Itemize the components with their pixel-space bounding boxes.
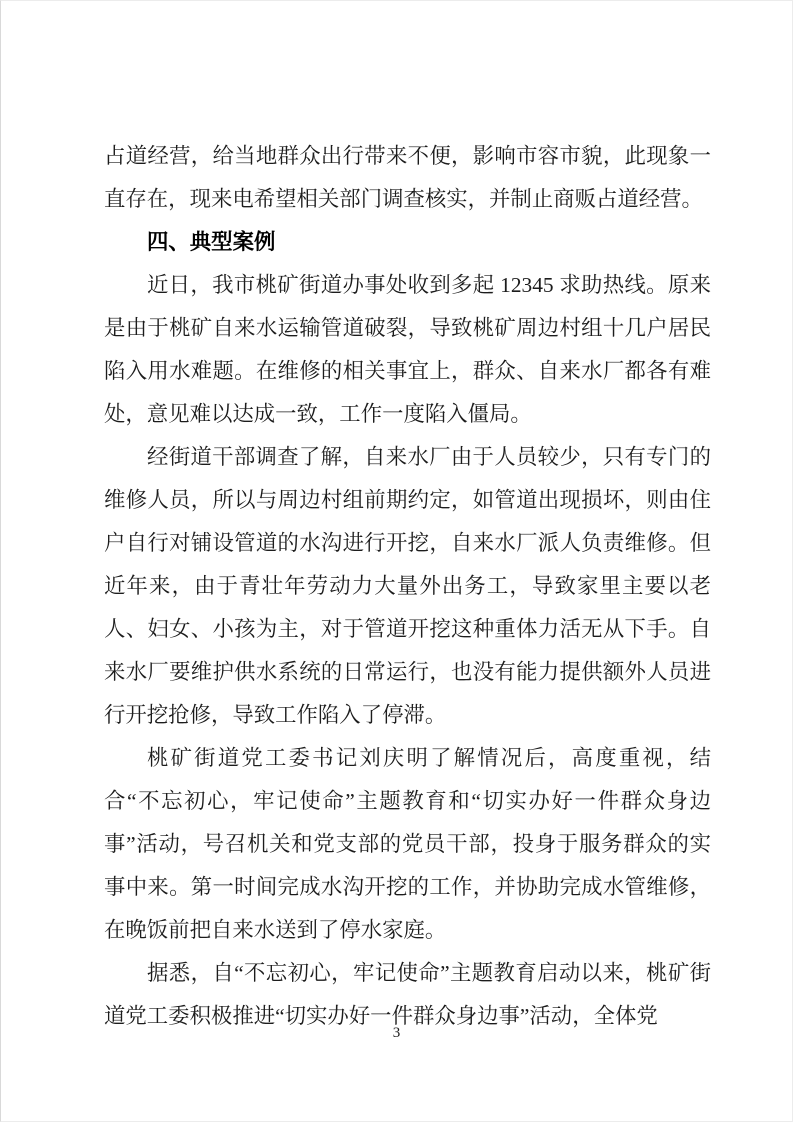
paragraph: 占道经营，给当地群众出行带来不便，影响市容市貌，此现象一直存在，现来电希望相关部… bbox=[104, 135, 711, 221]
paragraph: 桃矿街道党工委书记刘庆明了解情况后，高度重视，结合“不忘初心，牢记使命”主题教育… bbox=[104, 737, 711, 952]
page-number: 3 bbox=[1, 1022, 792, 1044]
document-page: 占道经营，给当地群众出行带来不便，影响市容市貌，此现象一直存在，现来电希望相关部… bbox=[0, 0, 793, 1122]
paragraph: 经街道干部调查了解，自来水厂由于人员较少，只有专门的维修人员，所以与周边村组前期… bbox=[104, 436, 711, 737]
section-heading: 四、典型案例 bbox=[104, 221, 711, 264]
document-body: 占道经营，给当地群众出行带来不便，影响市容市貌，此现象一直存在，现来电希望相关部… bbox=[104, 135, 711, 1038]
paragraph: 近日，我市桃矿街道办事处收到多起 12345 求助热线。原来是由于桃矿自来水运输… bbox=[104, 264, 711, 436]
